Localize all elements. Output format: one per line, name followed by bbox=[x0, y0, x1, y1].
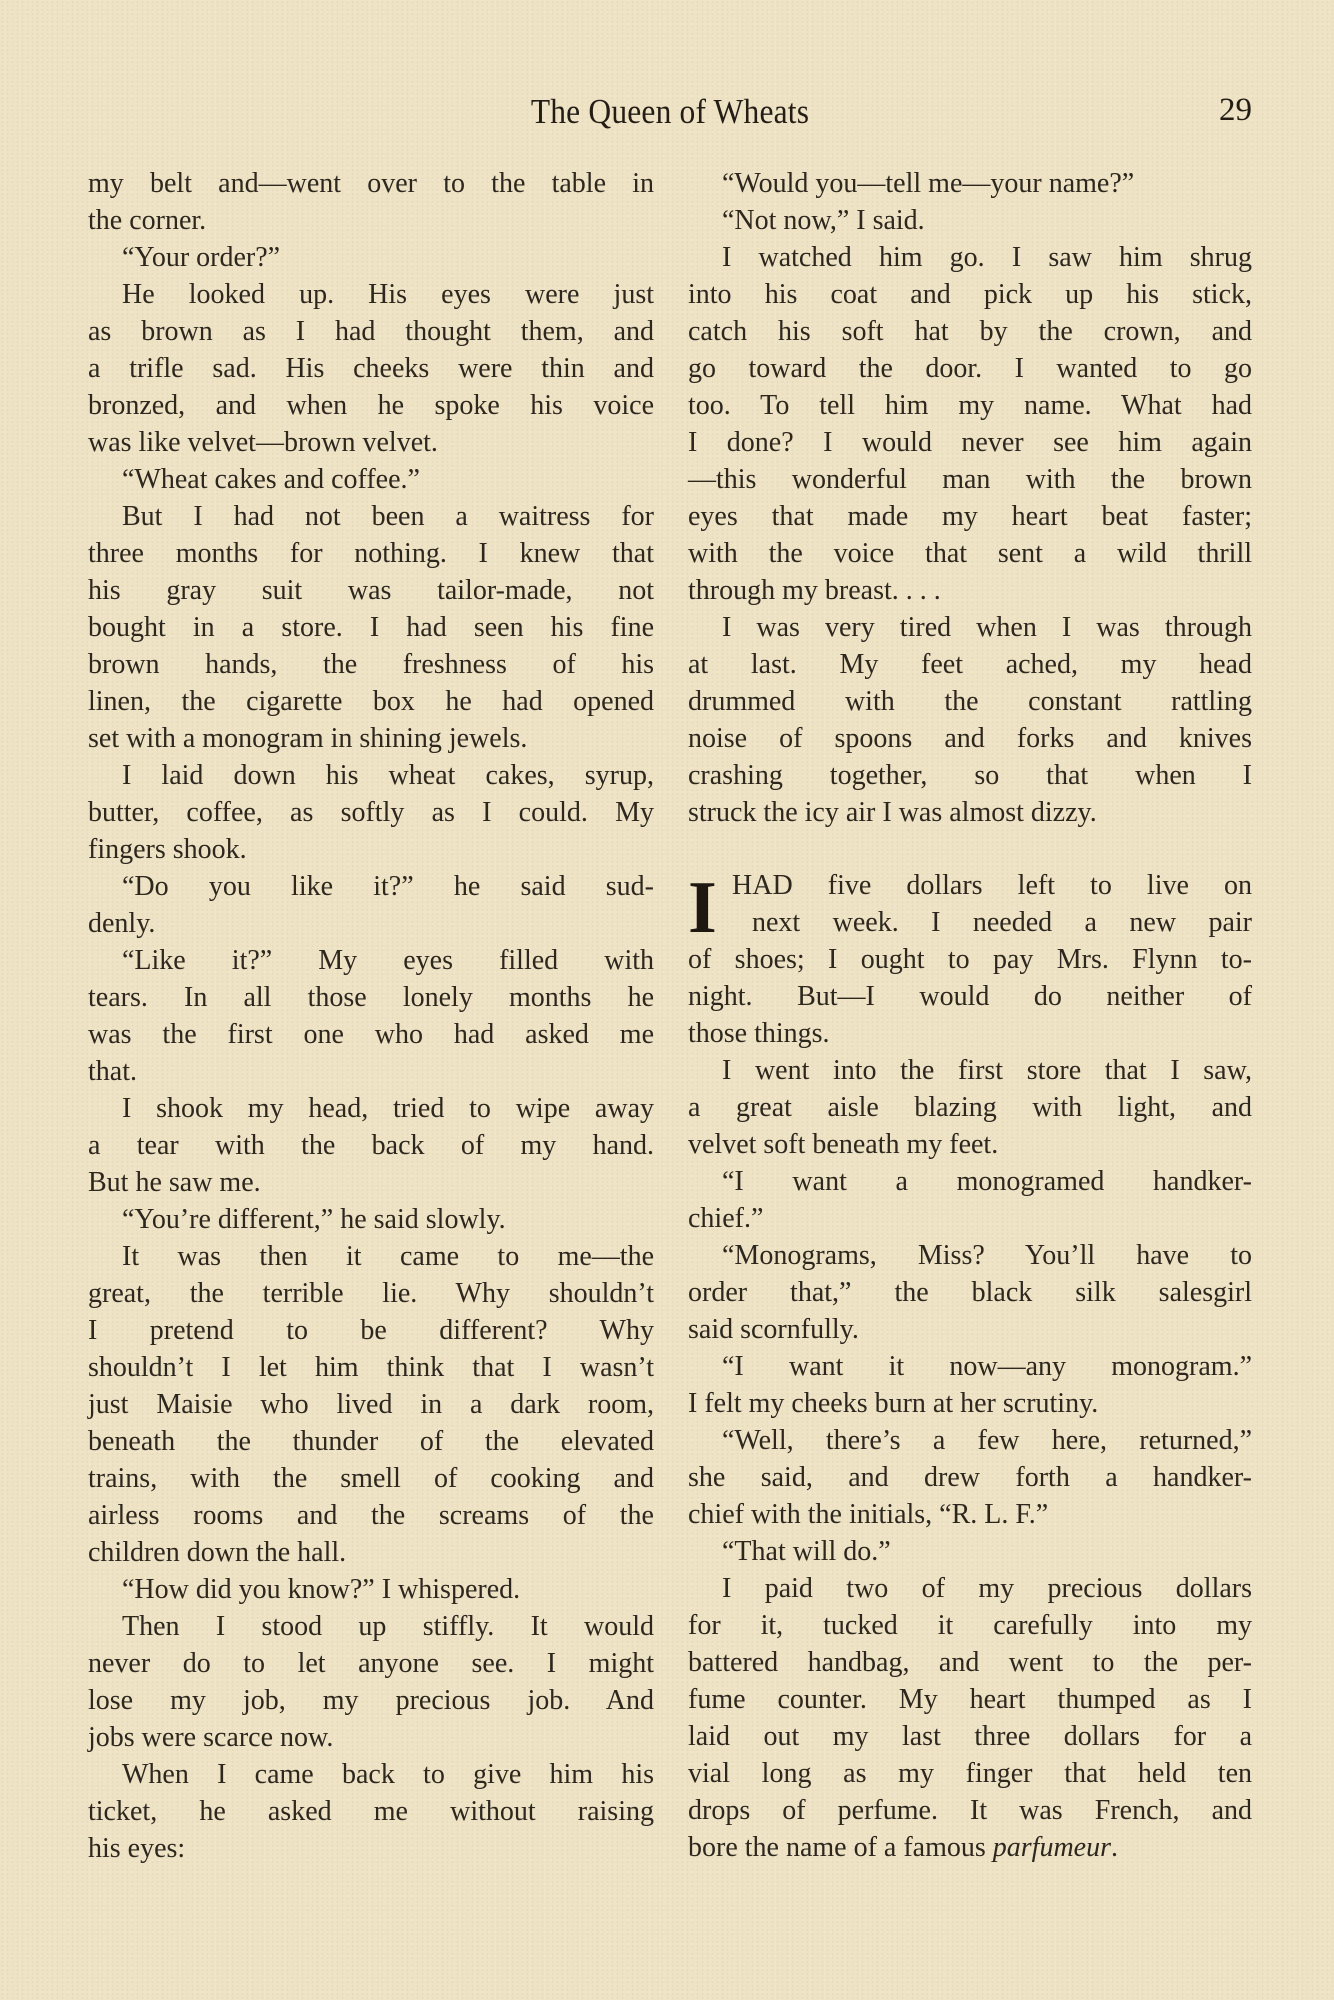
final-line-prefix: bore the name of a famous bbox=[688, 1832, 993, 1863]
text-line: chief with the initials, “R. L. F.” bbox=[688, 1496, 1252, 1533]
text-line: crashing together, so that when I bbox=[688, 757, 1252, 794]
text-line: said scornfully. bbox=[688, 1311, 1252, 1348]
text-line: just Maisie who lived in a dark room, bbox=[88, 1386, 654, 1423]
text-line: a tear with the back of my hand. bbox=[88, 1127, 654, 1164]
text-line: shouldn’t I let him think that I wasn’t bbox=[88, 1349, 654, 1386]
text-line: “I want it now—any monogram.” bbox=[688, 1348, 1252, 1385]
text-line: “Would you—tell me—your name?” bbox=[688, 165, 1252, 202]
text-line: noise of spoons and forks and knives bbox=[688, 720, 1252, 757]
text-line: of shoes; I ought to pay Mrs. Flynn to- bbox=[688, 941, 1252, 978]
text-line: night. But—I would do neither of bbox=[688, 978, 1252, 1015]
text-line: his gray suit was tailor-made, not bbox=[88, 572, 654, 609]
text-line: battered handbag, and went to the per- bbox=[688, 1644, 1252, 1681]
text-line: laid out my last three dollars for a bbox=[688, 1718, 1252, 1755]
text-line: I watched him go. I saw him shrug bbox=[688, 239, 1252, 276]
text-line: I pretend to be different? Why bbox=[88, 1312, 654, 1349]
book-page: The Queen of Wheats 29 my belt and—went … bbox=[0, 0, 1334, 2000]
text-line: tears. In all those lonely months he bbox=[88, 979, 654, 1016]
text-line: jobs were scarce now. bbox=[88, 1719, 654, 1756]
text-line: ticket, he asked me without raising bbox=[88, 1793, 654, 1830]
text-line: He looked up. His eyes were just bbox=[88, 276, 654, 313]
text-line: “I want a monogramed handker- bbox=[688, 1163, 1252, 1200]
text-line: “Well, there’s a few here, returned,” bbox=[688, 1422, 1252, 1459]
text-line: But he saw me. bbox=[88, 1164, 654, 1201]
italic-word-parfumeur: parfumeur bbox=[993, 1832, 1111, 1863]
text-line: I done? I would never see him again bbox=[688, 424, 1252, 461]
text-line: with the voice that sent a wild thrill bbox=[688, 535, 1252, 572]
text-line: fingers shook. bbox=[88, 831, 654, 868]
text-line: go toward the door. I wanted to go bbox=[688, 350, 1252, 387]
text-line: “Wheat cakes and coffee.” bbox=[88, 461, 654, 498]
text-line: vial long as my finger that held ten bbox=[688, 1755, 1252, 1792]
text-line: bronzed, and when he spoke his voice bbox=[88, 387, 654, 424]
text-line: that. bbox=[88, 1053, 654, 1090]
text-line: those things. bbox=[688, 1015, 1252, 1052]
text-line: was like velvet—brown velvet. bbox=[88, 424, 654, 461]
text-line: Then I stood up stiffly. It would bbox=[88, 1608, 654, 1645]
running-title: The Queen of Wheats bbox=[146, 92, 1194, 132]
text-line: at last. My feet ached, my head bbox=[688, 646, 1252, 683]
text-line: But I had not been a waitress for bbox=[88, 498, 654, 535]
text-line: children down the hall. bbox=[88, 1534, 654, 1571]
text-line: I was very tired when I was through bbox=[688, 609, 1252, 646]
text-line: set with a monogram in shining jewels. bbox=[88, 720, 654, 757]
text-line: lose my job, my precious job. And bbox=[88, 1682, 654, 1719]
text-line: When I came back to give him his bbox=[88, 1756, 654, 1793]
text-line: was the first one who had asked me bbox=[88, 1016, 654, 1053]
text-line: velvet soft beneath my feet. bbox=[688, 1126, 1252, 1163]
text-line: as brown as I had thought them, and bbox=[88, 313, 654, 350]
text-line: HAD five dollars left to live on bbox=[688, 867, 1252, 904]
text-line: airless rooms and the screams of the bbox=[88, 1497, 654, 1534]
text-line: It was then it came to me—the bbox=[88, 1238, 654, 1275]
text-line: “Not now,” I said. bbox=[688, 202, 1252, 239]
text-line: eyes that made my heart beat faster; bbox=[688, 498, 1252, 535]
text-line: “Your order?” bbox=[88, 239, 654, 276]
text-line: I laid down his wheat cakes, syrup, bbox=[88, 757, 654, 794]
text-line: —this wonderful man with the brown bbox=[688, 461, 1252, 498]
text-line: drops of perfume. It was French, and bbox=[688, 1792, 1252, 1829]
running-head: The Queen of Wheats 29 bbox=[88, 92, 1252, 132]
text-line: order that,” the black silk salesgirl bbox=[688, 1274, 1252, 1311]
text-line: I felt my cheeks burn at her scrutiny. bbox=[688, 1385, 1252, 1422]
text-line: beneath the thunder of the elevated bbox=[88, 1423, 654, 1460]
text-line: trains, with the smell of cooking and bbox=[88, 1460, 654, 1497]
page-number: 29 bbox=[1219, 92, 1252, 129]
text-line: fume counter. My heart thumped as I bbox=[688, 1681, 1252, 1718]
text-line: drummed with the constant rattling bbox=[688, 683, 1252, 720]
text-line: the corner. bbox=[88, 202, 654, 239]
text-line: through my breast. . . . bbox=[688, 572, 1252, 609]
text-line: I shook my head, tried to wipe away bbox=[88, 1090, 654, 1127]
text-line: brown hands, the freshness of his bbox=[88, 646, 654, 683]
text-line: “Do you like it?” he said sud- bbox=[88, 868, 654, 905]
text-line: “How did you know?” I whispered. bbox=[88, 1571, 654, 1608]
text-line: a trifle sad. His cheeks were thin and bbox=[88, 350, 654, 387]
text-line: into his coat and pick up his stick, bbox=[688, 276, 1252, 313]
text-line: next week. I needed a new pair bbox=[688, 904, 1252, 941]
text-line: “Like it?” My eyes filled with bbox=[88, 942, 654, 979]
text-line: my belt and—went over to the table in bbox=[88, 165, 654, 202]
text-line: a great aisle blazing with light, and bbox=[688, 1089, 1252, 1126]
text-line: three months for nothing. I knew that bbox=[88, 535, 654, 572]
text-line: his eyes: bbox=[88, 1830, 654, 1867]
text-line: great, the terrible lie. Why shouldn’t bbox=[88, 1275, 654, 1312]
text-line: denly. bbox=[88, 905, 654, 942]
text-line: too. To tell him my name. What had bbox=[688, 387, 1252, 424]
text-line: catch his soft hat by the crown, and bbox=[688, 313, 1252, 350]
final-line-suffix: . bbox=[1111, 1832, 1118, 1863]
text-line: I went into the first store that I saw, bbox=[688, 1052, 1252, 1089]
text-line-final: bore the name of a famous parfumeur. bbox=[688, 1829, 1252, 1866]
text-line: bought in a store. I had seen his fine bbox=[88, 609, 654, 646]
text-line: “You’re different,” he said slowly. bbox=[88, 1201, 654, 1238]
text-line: “That will do.” bbox=[688, 1533, 1252, 1570]
text-line: never do to let anyone see. I might bbox=[88, 1645, 654, 1682]
text-line: “Monograms, Miss? You’ll have to bbox=[688, 1237, 1252, 1274]
text-line: butter, coffee, as softly as I could. My bbox=[88, 794, 654, 831]
text-line: chief.” bbox=[688, 1200, 1252, 1237]
text-line: struck the icy air I was almost dizzy. bbox=[688, 794, 1252, 831]
text-line: I paid two of my precious dollars bbox=[688, 1570, 1252, 1607]
text-line: for it, tucked it carefully into my bbox=[688, 1607, 1252, 1644]
text-line: she said, and drew forth a handker- bbox=[688, 1459, 1252, 1496]
text-line: linen, the cigarette box he had opened bbox=[88, 683, 654, 720]
